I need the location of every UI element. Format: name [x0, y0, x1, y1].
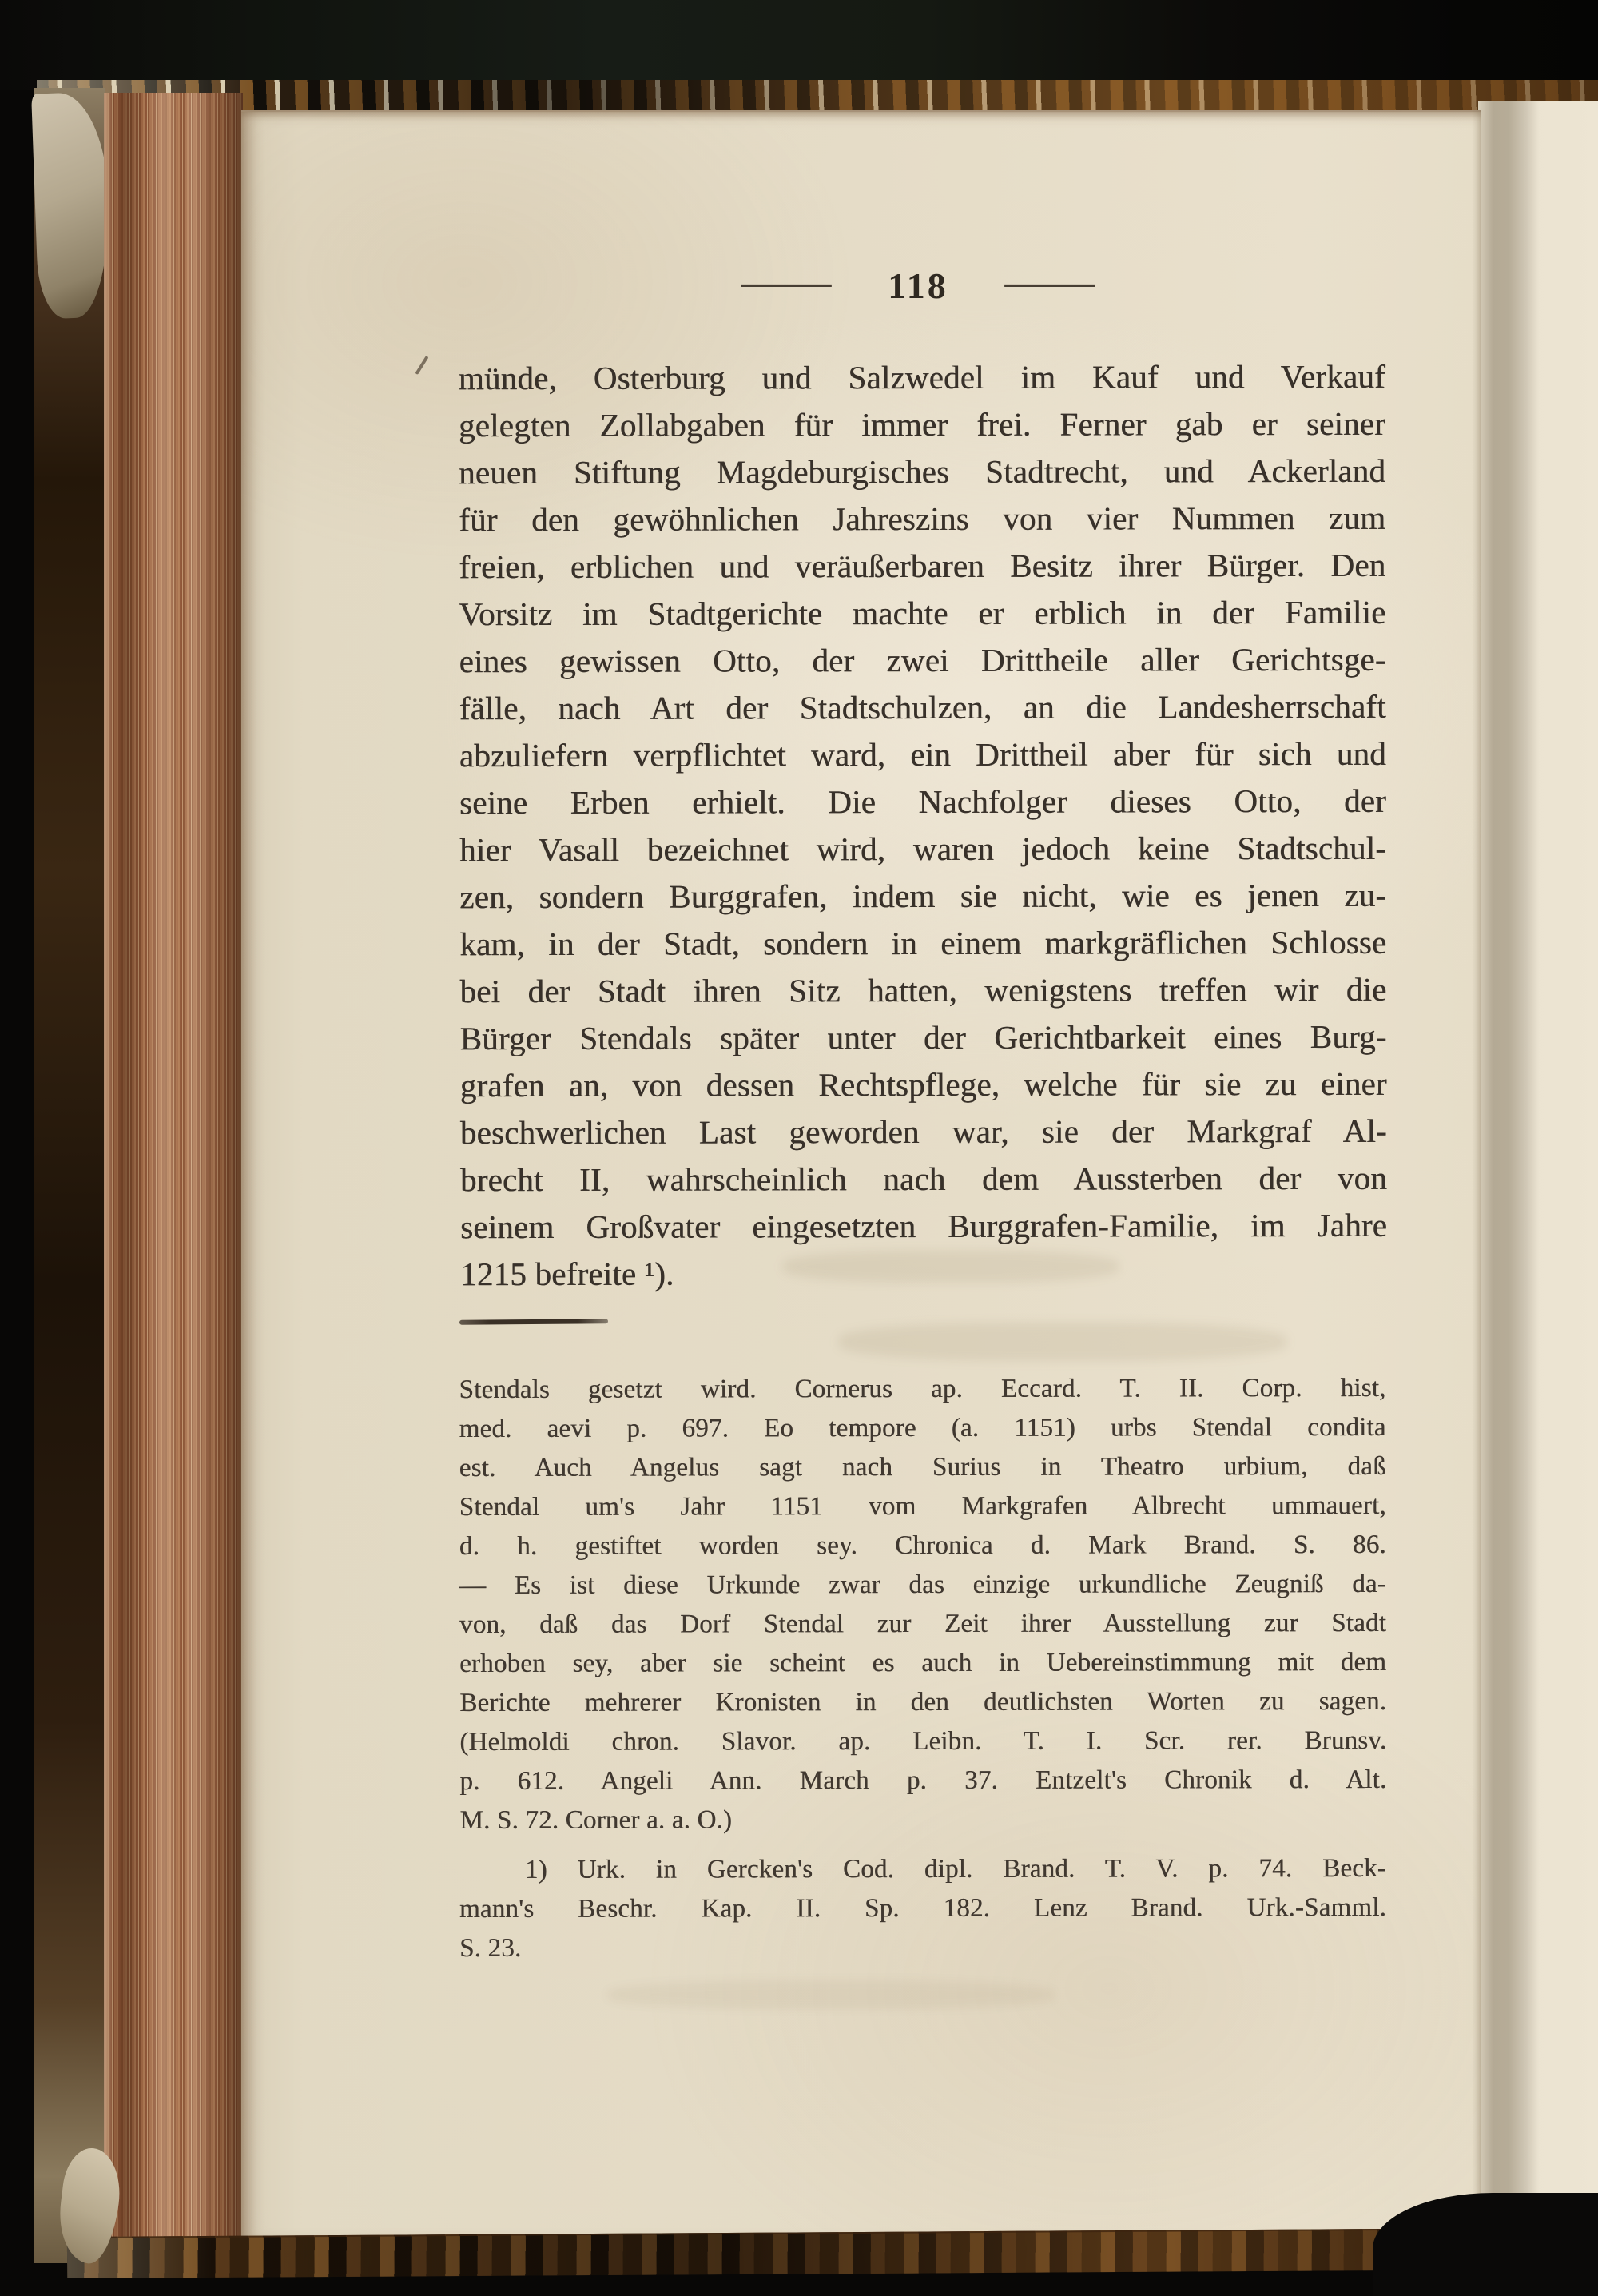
footnote-line: d. h. gestiftet worden sey. Chronica d. …	[459, 1526, 1386, 1566]
body-line: seinem Großvater eingesetzten Burggrafen…	[460, 1202, 1387, 1251]
show-through-smudge	[607, 1980, 1055, 2009]
body-line: seine Erben erhielt. Die Nachfolger dies…	[459, 778, 1386, 826]
body-line: brecht II, wahrscheinlich nach dem Ausst…	[460, 1155, 1387, 1204]
body-line: zen, sondern Burggrafen, indem sie nicht…	[459, 872, 1386, 921]
footnote-line: S. 23.	[459, 1928, 1386, 1968]
footnote-line: — Es ist diese Urkunde zwar das einzige …	[459, 1565, 1386, 1606]
body-line: freien, erblichen und veräußerbaren Besi…	[459, 542, 1385, 591]
body-line: münde, Osterburg und Salzwedel im Kauf u…	[459, 353, 1385, 402]
footnote-line: erhoben sey, aber sie scheint es auch in…	[459, 1643, 1386, 1684]
header-dash-right: —	[1005, 265, 1095, 300]
body-line: beschwerlichen Last geworden war, sie de…	[460, 1108, 1387, 1156]
book-cover-top-band	[0, 0, 1598, 90]
footnote-line: med. aevi p. 697. Eo tempore (a. 1151) u…	[459, 1408, 1386, 1449]
body-line: Bürger Stendals später unter der Gericht…	[459, 1013, 1386, 1062]
show-through-smudge	[839, 1323, 1286, 1361]
body-line: für den gewöhnlichen Jahreszins von vier…	[459, 495, 1385, 543]
scanned-book-page-photo: — 118 — münde, Osterburg und Salzwedel i…	[0, 0, 1598, 2296]
footnote-continuation-text: Stendals gesetzt wird. Cornerus ap. Ecca…	[459, 1369, 1386, 1840]
footnote-line: 1) Urk. in Gercken's Cod. dipl. Brand. T…	[459, 1849, 1386, 1890]
body-line: gelegten Zollabgaben für immer frei. Fer…	[459, 400, 1385, 449]
gutter-shadow	[1472, 101, 1539, 2230]
body-line: eines gewissen Otto, der zwei Drittheile…	[459, 636, 1386, 685]
worn-bottom-edge	[67, 2228, 1512, 2278]
book-cover-left-strip	[34, 88, 105, 2263]
footnote-1-text: 1) Urk. in Gercken's Cod. dipl. Brand. T…	[459, 1849, 1386, 1968]
page-number: 118	[888, 268, 948, 304]
body-line: Vorsitz im Stadtgerichte machte er erbli…	[459, 589, 1385, 638]
page-fore-edge-stack	[104, 93, 243, 2242]
body-line: bei der Stadt ihren Sitz hatten, wenigst…	[459, 966, 1386, 1015]
footnote-line: (Helmoldi chron. Slavor. ap. Leibn. T. I…	[459, 1721, 1386, 1762]
body-line: grafen an, von dessen Rechtspflege, welc…	[460, 1060, 1387, 1109]
body-line: kam, in der Stadt, sondern in einem mark…	[459, 919, 1386, 968]
footnote-line: Stendals gesetzt wird. Cornerus ap. Ecca…	[459, 1369, 1385, 1410]
footnote-line: Stendal um's Jahr 1151 vom Markgrafen Al…	[459, 1486, 1386, 1527]
body-line: fälle, nach Art der Stadtschulzen, an di…	[459, 683, 1386, 732]
footnote-line: Berichte mehrerer Kronisten in den deutl…	[459, 1682, 1386, 1723]
footnote-line: M. S. 72. Corner a. a. O.)	[459, 1800, 1386, 1840]
page-header: — 118 —	[769, 267, 1067, 308]
footnote-line: mann's Beschr. Kap. II. Sp. 182. Lenz Br…	[459, 1888, 1386, 1929]
body-line: abzuliefern verpflichtet ward, ein Dritt…	[459, 730, 1386, 779]
body-line: neuen Stiftung Magdeburgisches Stadtrech…	[459, 448, 1385, 496]
body-text: münde, Osterburg und Salzwedel im Kauf u…	[459, 353, 1387, 1298]
footnote-line: von, daß das Dorf Stendal zur Zeit ihrer…	[459, 1604, 1386, 1645]
body-line: hier Vasall bezeichnet wird, waren jedoc…	[459, 825, 1386, 873]
footnote-line: p. 612. Angeli Ann. March p. 37. Entzelt…	[459, 1761, 1386, 1801]
footnote-line: est. Auch Angelus sagt nach Surius in Th…	[459, 1447, 1386, 1488]
header-dash-left: —	[741, 265, 831, 300]
body-line: 1215 befreite ¹).	[460, 1249, 1387, 1298]
